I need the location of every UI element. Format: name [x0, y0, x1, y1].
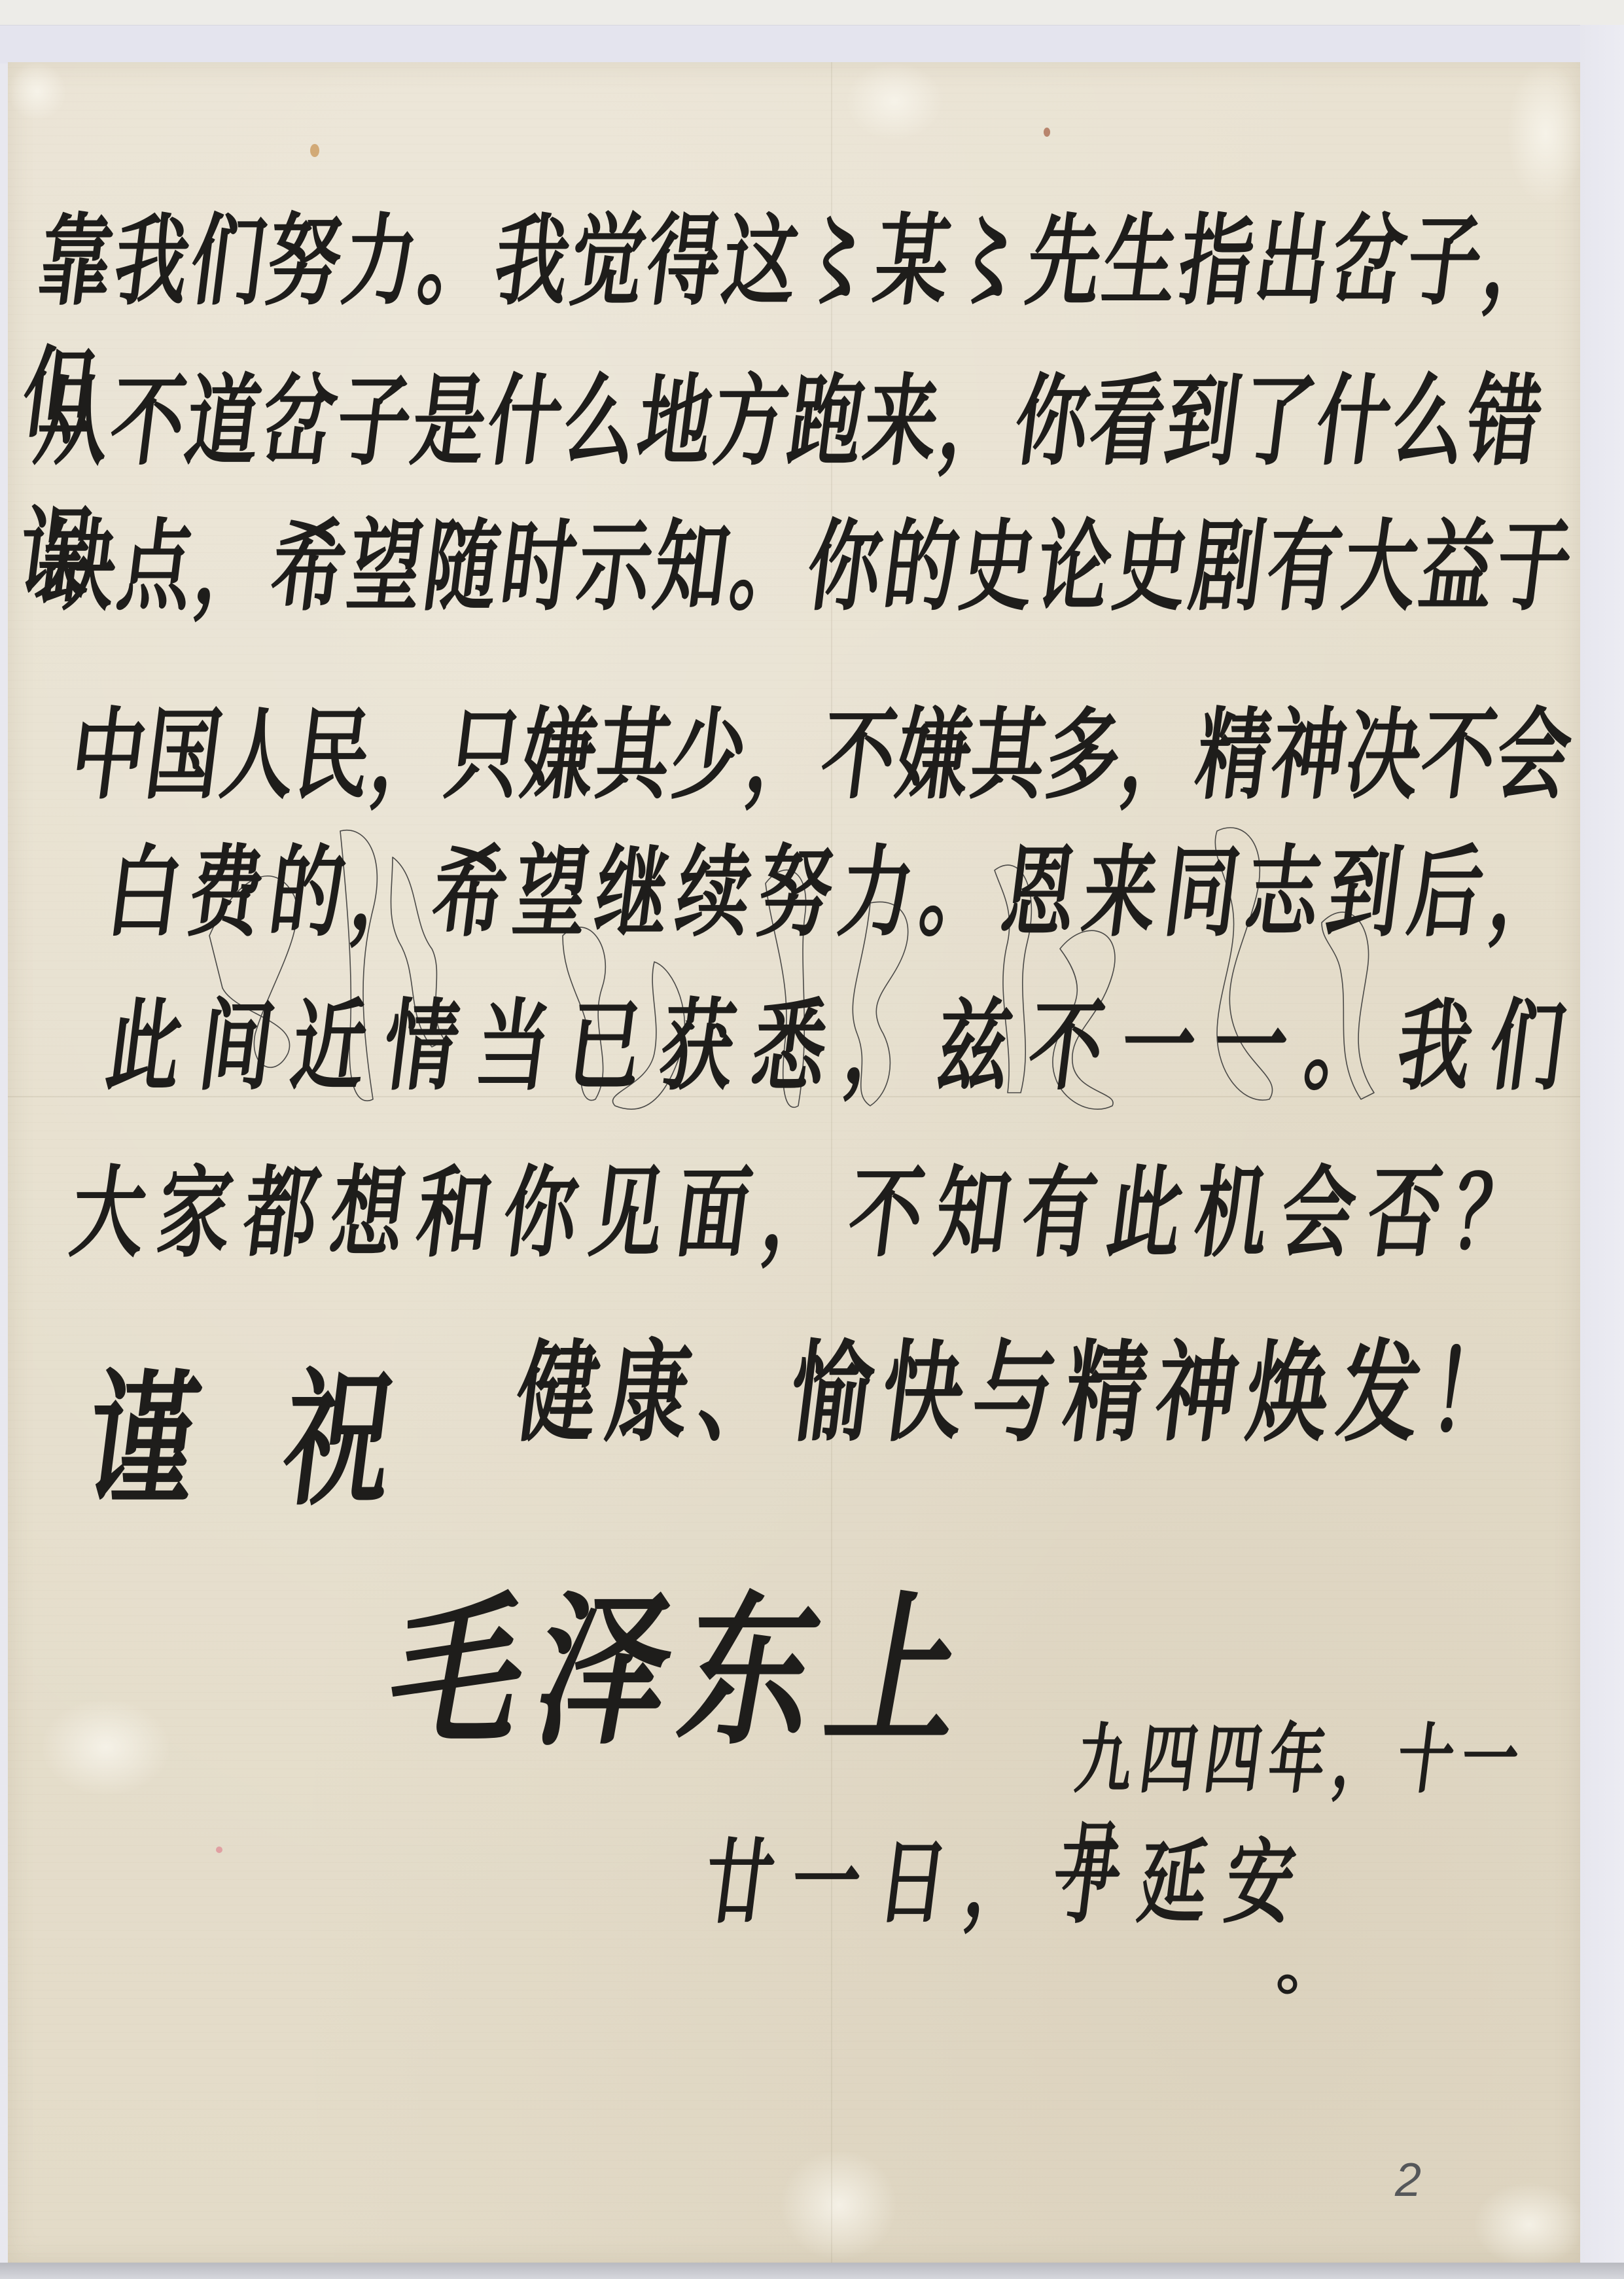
- signature: 毛泽东上: [376, 1578, 979, 1766]
- page-number: 2: [1395, 2154, 1421, 2206]
- letter-body-line-7: 大家都想和你见面，不知有此机会否？: [64, 1148, 1536, 1281]
- paper-wear-bottom-right: [1474, 2182, 1585, 2267]
- date-line-2: 廿一日，于延安: [698, 1825, 1301, 1940]
- stain-spot: [310, 144, 319, 157]
- letter-body-line-5: 白费的，希望继续努力。恩来同志到后，: [100, 827, 1572, 960]
- paper-wear-top-left: [8, 62, 67, 121]
- scanner-backing-strip: [0, 25, 1624, 63]
- date-end-mark: 。: [1276, 1934, 1339, 1999]
- closing-salutation: 谨祝: [77, 1351, 403, 1528]
- paper-wear-top-right: [1506, 62, 1585, 206]
- stain-spot: [1044, 128, 1050, 137]
- paper-tear-top: [845, 62, 944, 141]
- letter-body-line-2: 从不道岔子是什么地方跑来，你看到了什么错误: [28, 356, 1549, 489]
- letter-body-line-6: 此间近情当已获悉，兹不一一。我们: [100, 981, 1572, 1114]
- paper-wear-bottom: [780, 2149, 898, 2261]
- letter-body-line-3: 缺点，希望随时示知。你的史论史剧有大益于: [35, 501, 1579, 634]
- date-line-1: 九四四年，十一月: [1070, 1712, 1524, 1809]
- letter-body-line-4: 中国人民，只嫌其少，不嫌其多，精神决不会: [64, 690, 1579, 822]
- scanner-bottom-margin: [0, 2263, 1624, 2279]
- scanner-right-margin: [1580, 25, 1624, 2263]
- scanner-top-margin: [0, 0, 1624, 25]
- letter-body-line-1: 靠我们努力。我觉得这〻某〻先生指出岔子，但: [31, 196, 1566, 328]
- stain-spot: [216, 1846, 222, 1853]
- paper-wear-left: [41, 1698, 171, 1796]
- closing-wishes: 健康、愉快与精神焕发！: [508, 1318, 1521, 1469]
